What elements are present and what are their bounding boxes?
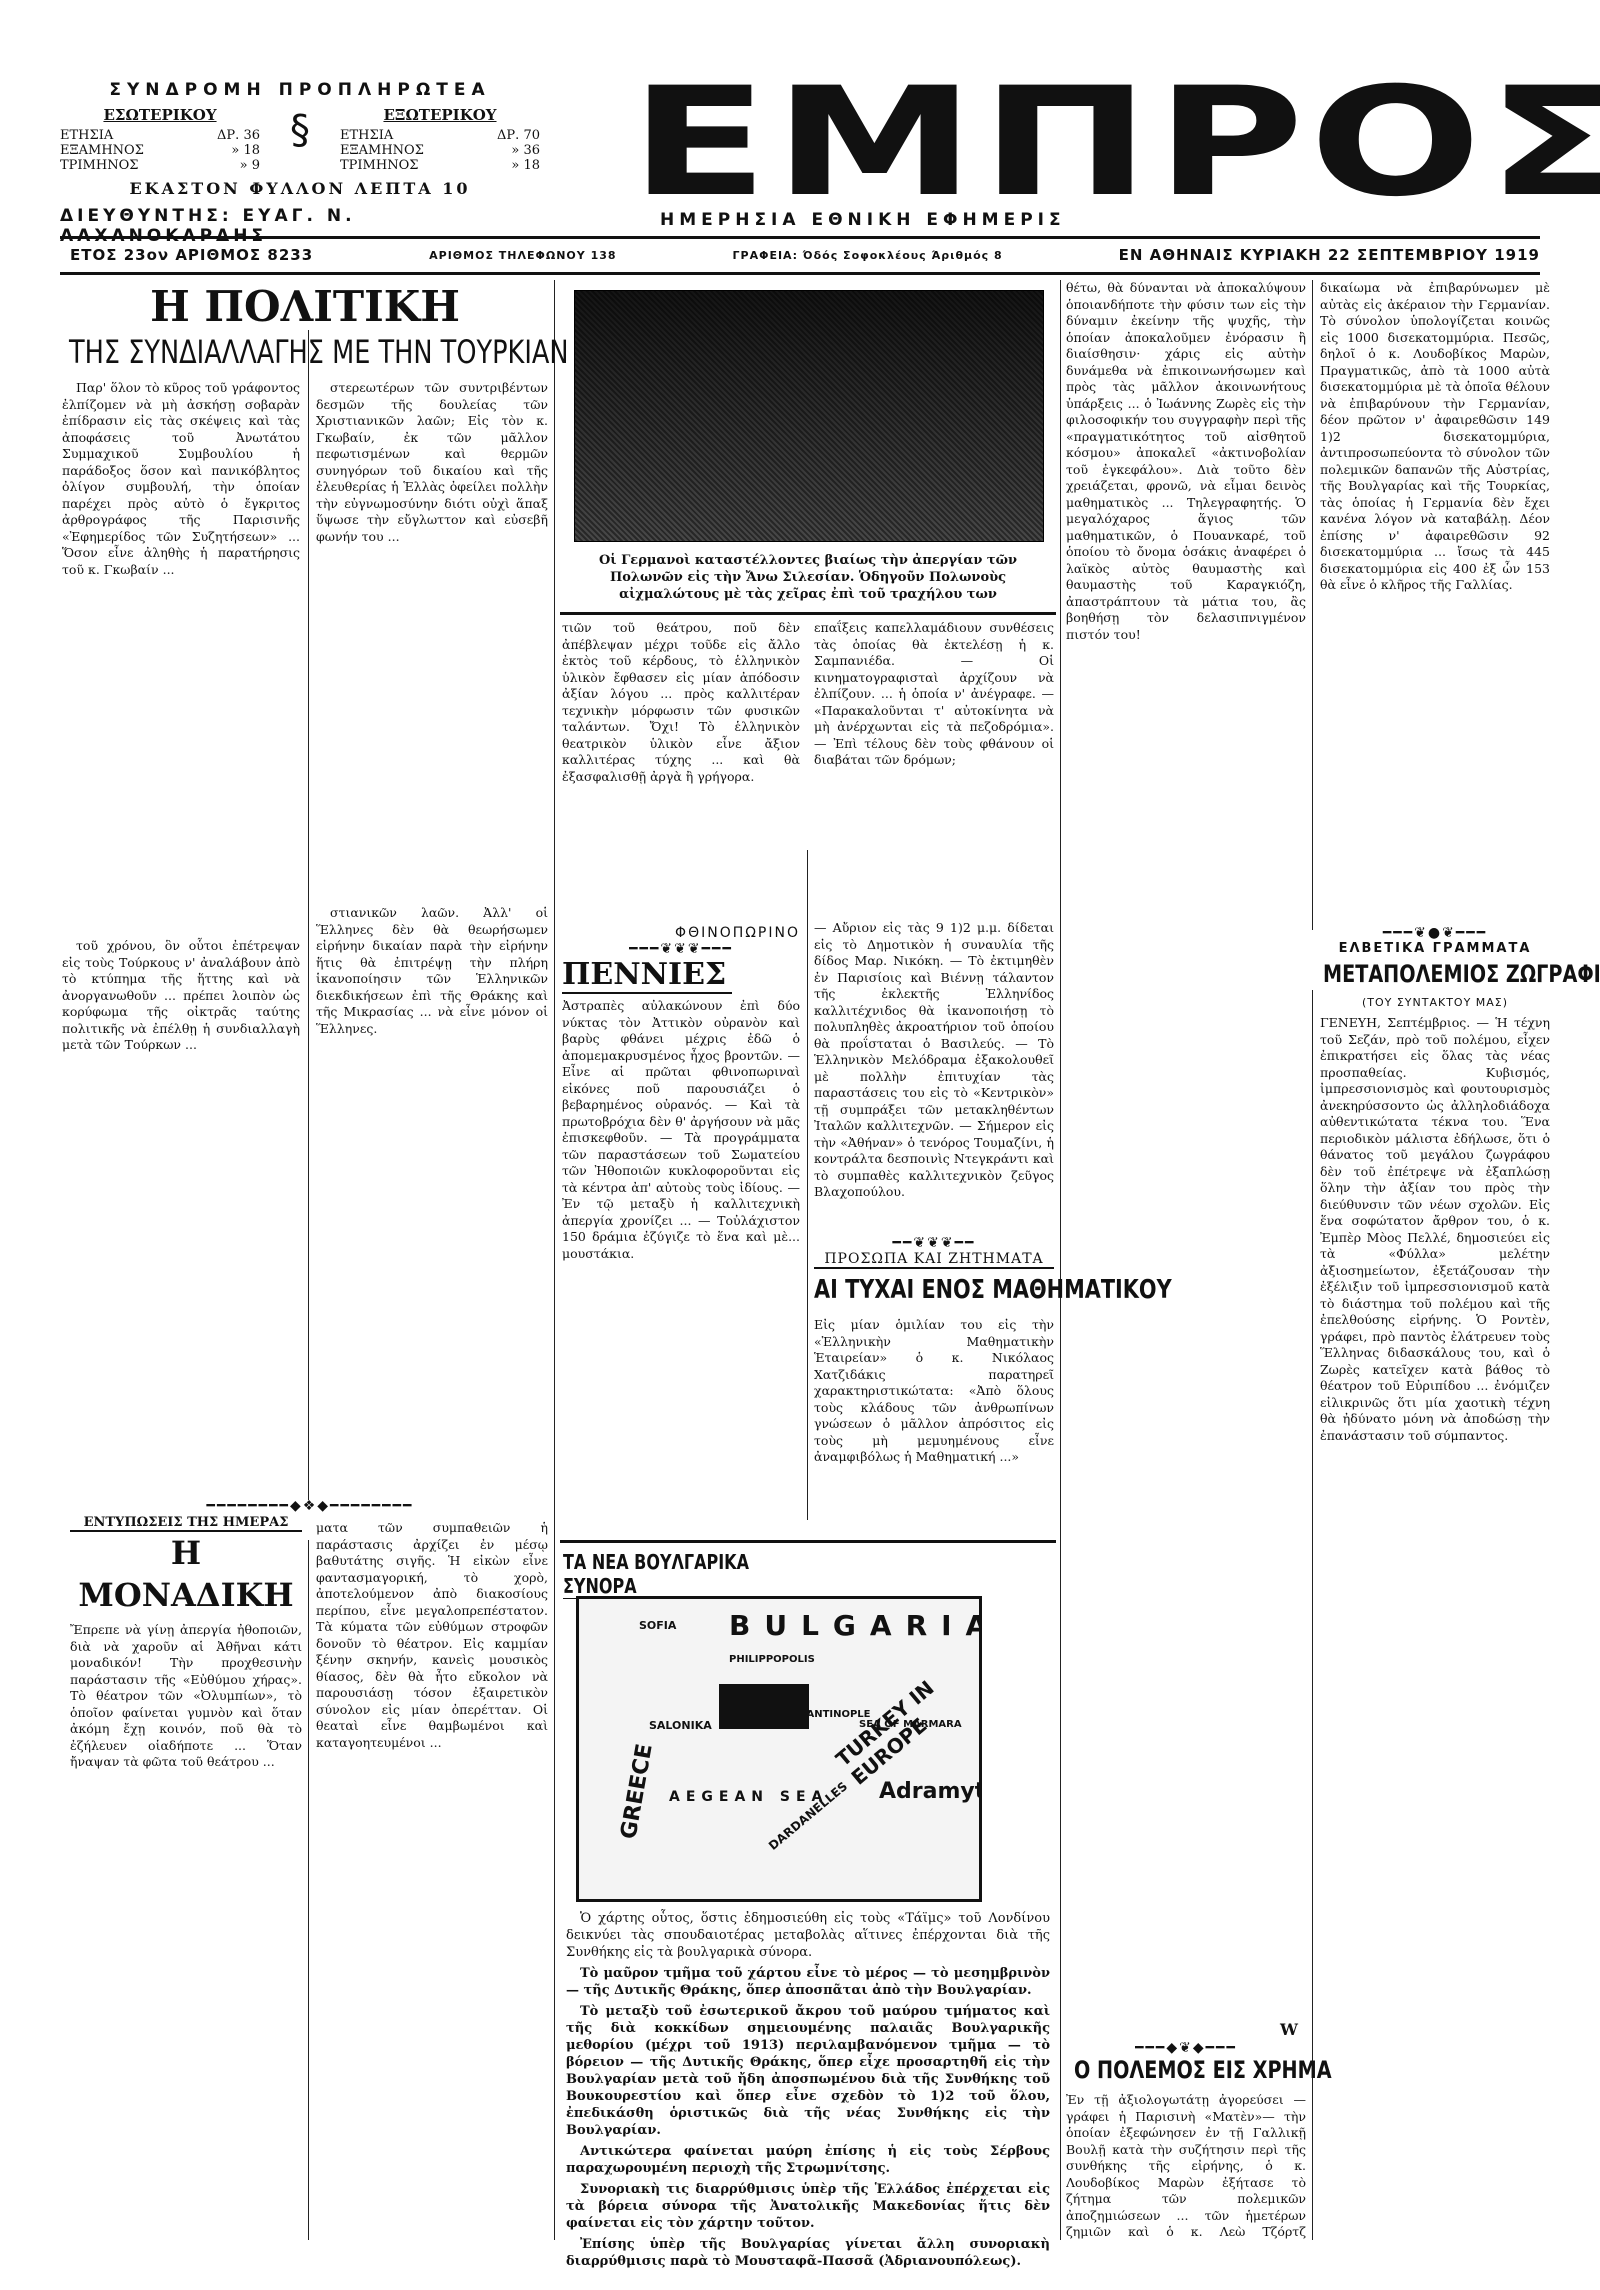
column-divider xyxy=(1312,990,1313,2240)
ornament-divider: ━━❦❦❦━━ xyxy=(814,1235,1054,1251)
masthead-rule xyxy=(60,236,1540,239)
article-text: ΓΕΝΕΥΗ, Σεπτέμβριος. — Ἡ τέχνη τοῦ Σεζάν… xyxy=(1320,1015,1550,2265)
map-black-region xyxy=(719,1684,809,1729)
rate-row: ΕΞΑΜΗΝΟΣ» 18 xyxy=(60,143,260,158)
article-text: Αντικώτερα φαίνεται μαύρη ἐπίσης ἡ εἰς τ… xyxy=(566,2143,1050,2177)
rate-label: ΕΞΑΜΗΝΟΣ xyxy=(340,143,424,158)
rate-row: ΕΞΑΜΗΝΟΣ» 36 xyxy=(340,143,540,158)
rate-label: ΤΡΙΜΗΝΟΣ xyxy=(60,158,138,173)
domestic-rates: ΕΣΩΤΕΡΙΚΟΥ ΕΤΗΣΙΑΔΡ. 36 ΕΞΑΜΗΝΟΣ» 18 ΤΡΙ… xyxy=(60,106,260,173)
subscription-box: ΣΥΝΔΡΟΜΗ ΠΡΟΠΛΗΡΩΤΕΑ ΕΣΩΤΕΡΙΚΟΥ ΕΤΗΣΙΑΔΡ… xyxy=(60,80,540,246)
rate-value: » 36 xyxy=(511,143,540,158)
impressions-article: ΕΝΤΥΠΩΣΕΙΣ ΤΗΣ ΗΜΕΡΑΣ Η ΜΟΝΑΔΙΚΗ Ἔπρεπε … xyxy=(70,1515,302,2282)
article-headline: Η ΜΟΝΑΔΙΚΗ xyxy=(70,1532,302,1616)
dateline-rule xyxy=(60,272,1540,275)
chain-ornament-icon: § xyxy=(280,106,320,173)
column-divider xyxy=(1060,280,1061,2240)
section-kicker: ΕΝΤΥΠΩΣΕΙΣ ΤΗΣ ΗΜΕΡΑΣ xyxy=(70,1515,302,1532)
article-text: Τὸ μεταξὺ τοῦ ἐσωτερικοῦ ἄκρου τοῦ μαύρο… xyxy=(566,2003,1050,2139)
column-divider xyxy=(807,850,808,1520)
photo-caption: Οἱ Γερμανοὶ καταστέλλοντες βιαίως τὴν ἀπ… xyxy=(562,552,1054,603)
rate-row: ΤΡΙΜΗΝΟΣ» 18 xyxy=(340,158,540,173)
phone-number: ΑΡΙΘΜΟΣ ΤΗΛΕΦΩΝΟΥ 138 xyxy=(429,249,616,262)
map-label: Adramyti xyxy=(879,1779,982,1804)
article-text: Τὸ μαῦρον τμῆμα τοῦ χάρτου εἶνε τὸ μέρος… xyxy=(566,1965,1050,1999)
rate-value: ΔΡ. 70 xyxy=(497,128,540,143)
pennies-title: ΠΕΝΝΙΕΣ xyxy=(562,957,732,994)
article-text: Ἐν τῇ ἀξιολογωτάτῃ ἀγορεύσει —γράφει ἡ Π… xyxy=(1066,2092,1306,2242)
map-label: AEGEAN SEA xyxy=(669,1789,828,1805)
pennies-col2: — Αὔριον εἰς τὰς 9 1)2 μ.μ. δίδεται εἰς … xyxy=(814,920,1054,1230)
section-kicker: ΠΡΟΣΩΠΑ ΚΑΙ ΖΗΤΗΜΑΤΑ xyxy=(814,1251,1054,1269)
price-line: ΕΚΑΣΤΟΝ ΦΥΛΛΟΝ ΛΕΠΤΑ 10 xyxy=(60,179,540,198)
column-divider xyxy=(308,1540,309,2240)
map-label: PHILIPPOPOLIS xyxy=(729,1654,815,1665)
rate-value: » 18 xyxy=(511,158,540,173)
rate-label: ΤΡΙΜΗΝΟΣ xyxy=(340,158,418,173)
rate-row: ΕΤΗΣΙΑΔΡ. 70 xyxy=(340,128,540,143)
ornament-divider: ━━━━━━━━◆❖◆━━━━━━━━ xyxy=(120,1498,500,1514)
article-text: Συνοριακὴ τις διαρρύθμισις ὑπὲρ τῆς Ἑλλά… xyxy=(566,2181,1050,2232)
impressions-col2: ματα τῶν συμπαθειῶν ἡ παράστασις ἀρχίζει… xyxy=(316,1520,548,2240)
bulgarian-borders-map: BULGARIA SOFIA PHILIPPOPOLIS CONSTANTINO… xyxy=(576,1596,982,1902)
borders-text: Ὁ χάρτης οὗτος, ὅστις ἐδημοσιεύθη εἰς το… xyxy=(566,1910,1050,2274)
tagline: ΗΜΕΡΗΣΙΑ ΕΘΝΙΚΗ ΕΦΗΜΕΡΙΣ xyxy=(660,210,1066,230)
rate-label: ΕΤΗΣΙΑ xyxy=(60,128,113,143)
mathematician-article: ━━❦❦❦━━ ΠΡΟΣΩΠΑ ΚΑΙ ΖΗΤΗΜΑΤΑ ΑΙ ΤΥΧΑΙ ΕΝ… xyxy=(814,1235,1054,1527)
map-label: SEA OF MARMARA xyxy=(859,1719,962,1730)
right-col2-text: δικαίωμα νὰ ἐπιβαρύνωμεν μὲ αὐτὰς εἰς ἀκ… xyxy=(1320,280,1550,920)
section-rule xyxy=(560,1540,1056,1543)
column-divider xyxy=(554,280,555,2240)
article-text: Παρ' ὅλον τὸ κῦρος τοῦ γράφοντος ἐλπίζομ… xyxy=(62,380,300,578)
pennies-kicker: ΦΘΙΝΟΠΩΡΙΝΟ xyxy=(562,925,800,941)
news-photo-polish-prisoners xyxy=(574,290,1044,542)
section-rule xyxy=(560,612,1056,615)
ornament-divider: ━━━❦●❦━━━ xyxy=(1320,925,1550,941)
article-text: τοῦ χρόνου, ὃν οὗτοι ἐπέτρεψαν εἰς τοὺς … xyxy=(62,938,300,1054)
article-subheadline: ΤΗΣ ΣΥΝΔΙΑΛΛΑΓΗΣ ΜΕ ΤΗΝ ΤΟΥΡΚΙΑΝ xyxy=(69,332,541,372)
rate-value: » 9 xyxy=(240,158,260,173)
subscription-title: ΣΥΝΔΡΟΜΗ ΠΡΟΠΛΗΡΩΤΕΑ xyxy=(60,80,540,100)
column-divider xyxy=(308,330,309,1500)
byline: (ΤΟΥ ΣΥΝΤΑΚΤΟΥ ΜΑΣ) xyxy=(1320,996,1550,1009)
subscription-rates: ΕΣΩΤΕΡΙΚΟΥ ΕΤΗΣΙΑΔΡ. 36 ΕΞΑΜΗΝΟΣ» 18 ΤΡΙ… xyxy=(60,106,540,173)
article-headline: ΤΑ ΝΕΑ ΒΟΥΛΓΑΡΙΚΑ ΣΥΝΟΡΑ xyxy=(563,1550,827,1599)
foreign-title: ΕΞΩΤΕΡΙΚΟΥ xyxy=(340,106,540,124)
rate-value: ΔΡ. 36 xyxy=(217,128,260,143)
rate-row: ΕΤΗΣΙΑΔΡ. 36 xyxy=(60,128,260,143)
article-text: Ἔπρεπε νὰ γίνῃ ἀπεργία ἠθοποιῶν, διὰ νὰ … xyxy=(70,1622,302,2282)
pennies-column: ΦΘΙΝΟΠΩΡΙΝΟ ━━━❦❦❦━━━ ΠΕΝΝΙΕΣ Ἀστραπὲς α… xyxy=(562,925,800,1498)
article-headline: Ο ΠΟΛΕΜΟΣ ΕΙΣ ΧΡΗΜΑ xyxy=(1074,2056,1298,2084)
politics-col1: Παρ' ὅλον τὸ κῦρος τοῦ γράφοντος ἐλπίζομ… xyxy=(62,380,300,1480)
issue-date: ΕΝ ΑΘΗΝΑΙΣ ΚΥΡΙΑΚΗ 22 ΣΕΠΤΕΜΒΡΙΟΥ 1919 xyxy=(1119,246,1540,264)
politics-col2: στερεωτέρων τῶν συντριβέντων δεσμῶν τῆς … xyxy=(316,380,548,1480)
theatre-col2: επαΐξεις καπελλαμάδιουν συνθέσεις τὰς ὁπ… xyxy=(814,620,1054,910)
ornament-divider: ━━━◆❦◆━━━ xyxy=(1066,2040,1306,2056)
rate-label: ΕΞΑΜΗΝΟΣ xyxy=(60,143,144,158)
director-line: ΔΙΕΥΘΥΝΤΗΣ: ΕΥΑΓ. Ν. ΛΑΧΑΝΟΚΑΡΔΗΣ xyxy=(60,206,540,246)
office-address: ΓΡΑΦΕΙΑ: Όδός Σοφοκλέους Άριθμός 8 xyxy=(733,249,1003,262)
article-text: Ὁ χάρτης οὗτος, ὅστις ἐδημοσιεύθη εἰς το… xyxy=(566,1910,1050,1961)
map-label: SALONIKA xyxy=(649,1719,712,1732)
dateline: ΕΤΟΣ 23ον ΑΡΙΘΜΟΣ 8233 ΑΡΙΘΜΟΣ ΤΗΛΕΦΩΝΟΥ… xyxy=(70,246,1540,264)
map-label: GREECE xyxy=(616,1742,657,1841)
right-col1-text: θέτω, θὰ δύνανται νὰ ἀποκαλύψουν ὁποιανδ… xyxy=(1066,280,1306,1970)
article-text: Ἐπίσης ὑπὲρ τῆς Βουλγαρίας γίνεται ἄλλη … xyxy=(566,2236,1050,2270)
map-label: SOFIA xyxy=(639,1619,676,1632)
article-headline: Η ΠΟΛΙΤΙΚΗ xyxy=(60,282,550,332)
year-issue: ΕΤΟΣ 23ον ΑΡΙΘΜΟΣ 8233 xyxy=(70,246,313,264)
article-text: στιανικῶν λαῶν. Ἀλλ' οἱ Ἕλληνες δὲν θὰ θ… xyxy=(316,905,548,1037)
theatre-col1: τιῶν τοῦ θεάτρου, ποῦ δὲν ἀπέβλεψαν μέχρ… xyxy=(562,620,800,920)
article-text: στερεωτέρων τῶν συντριβέντων δεσμῶν τῆς … xyxy=(316,380,548,545)
politics-article: Η ΠΟΛΙΤΙΚΗ ΤΗΣ ΣΥΝΔΙΑΛΛΑΓΗΣ ΜΕ ΤΗΝ ΤΟΥΡΚ… xyxy=(60,282,550,372)
painting-article: ━━━❦●❦━━━ ΕΛΒΕΤΙΚΑ ΓΡΑΜΜΑΤΑ ΜΕΤΑΠΟΛΕΜΙΟΣ… xyxy=(1320,925,1550,2265)
rate-value: » 18 xyxy=(231,143,260,158)
author-signature: W xyxy=(1280,2020,1298,2039)
column-divider xyxy=(1312,280,1313,930)
war-cost-article: ━━━◆❦◆━━━ Ο ΠΟΛΕΜΟΣ ΕΙΣ ΧΡΗΜΑ Ἐν τῇ ἀξιο… xyxy=(1066,2040,1306,2242)
ornament-divider: ━━━❦❦❦━━━ xyxy=(562,941,800,957)
rate-label: ΕΤΗΣΙΑ xyxy=(340,128,393,143)
article-headline: ΑΙ ΤΥΧΑΙ ΕΝΟΣ ΜΑΘΗΜΑΤΙΚΟΥ xyxy=(814,1275,1054,1305)
foreign-rates: ΕΞΩΤΕΡΙΚΟΥ ΕΤΗΣΙΑΔΡ. 70 ΕΞΑΜΗΝΟΣ» 36 ΤΡΙ… xyxy=(340,106,540,173)
map-label: BULGARIA xyxy=(729,1609,982,1642)
rate-row: ΤΡΙΜΗΝΟΣ» 9 xyxy=(60,158,260,173)
domestic-title: ΕΣΩΤΕΡΙΚΟΥ xyxy=(60,106,260,124)
pennies-text: Ἀστραπὲς αὐλακώνουν ἐπὶ δύο νύκτας τὸν Ἀ… xyxy=(562,998,800,1498)
article-text: Εἰς μίαν ὁμιλίαν του εἰς τὴν «Ἑλληνικὴν … xyxy=(814,1317,1054,1527)
section-kicker: ΕΛΒΕΤΙΚΑ ΓΡΑΜΜΑΤΑ xyxy=(1320,941,1550,956)
newspaper-logo: ΕΜΠΡΟΣ xyxy=(630,78,1600,208)
article-headline: ΜΕΤΑΠΟΛΕΜΙΟΣ ΖΩΓΡΑΦΙΚΗ xyxy=(1323,960,1547,988)
